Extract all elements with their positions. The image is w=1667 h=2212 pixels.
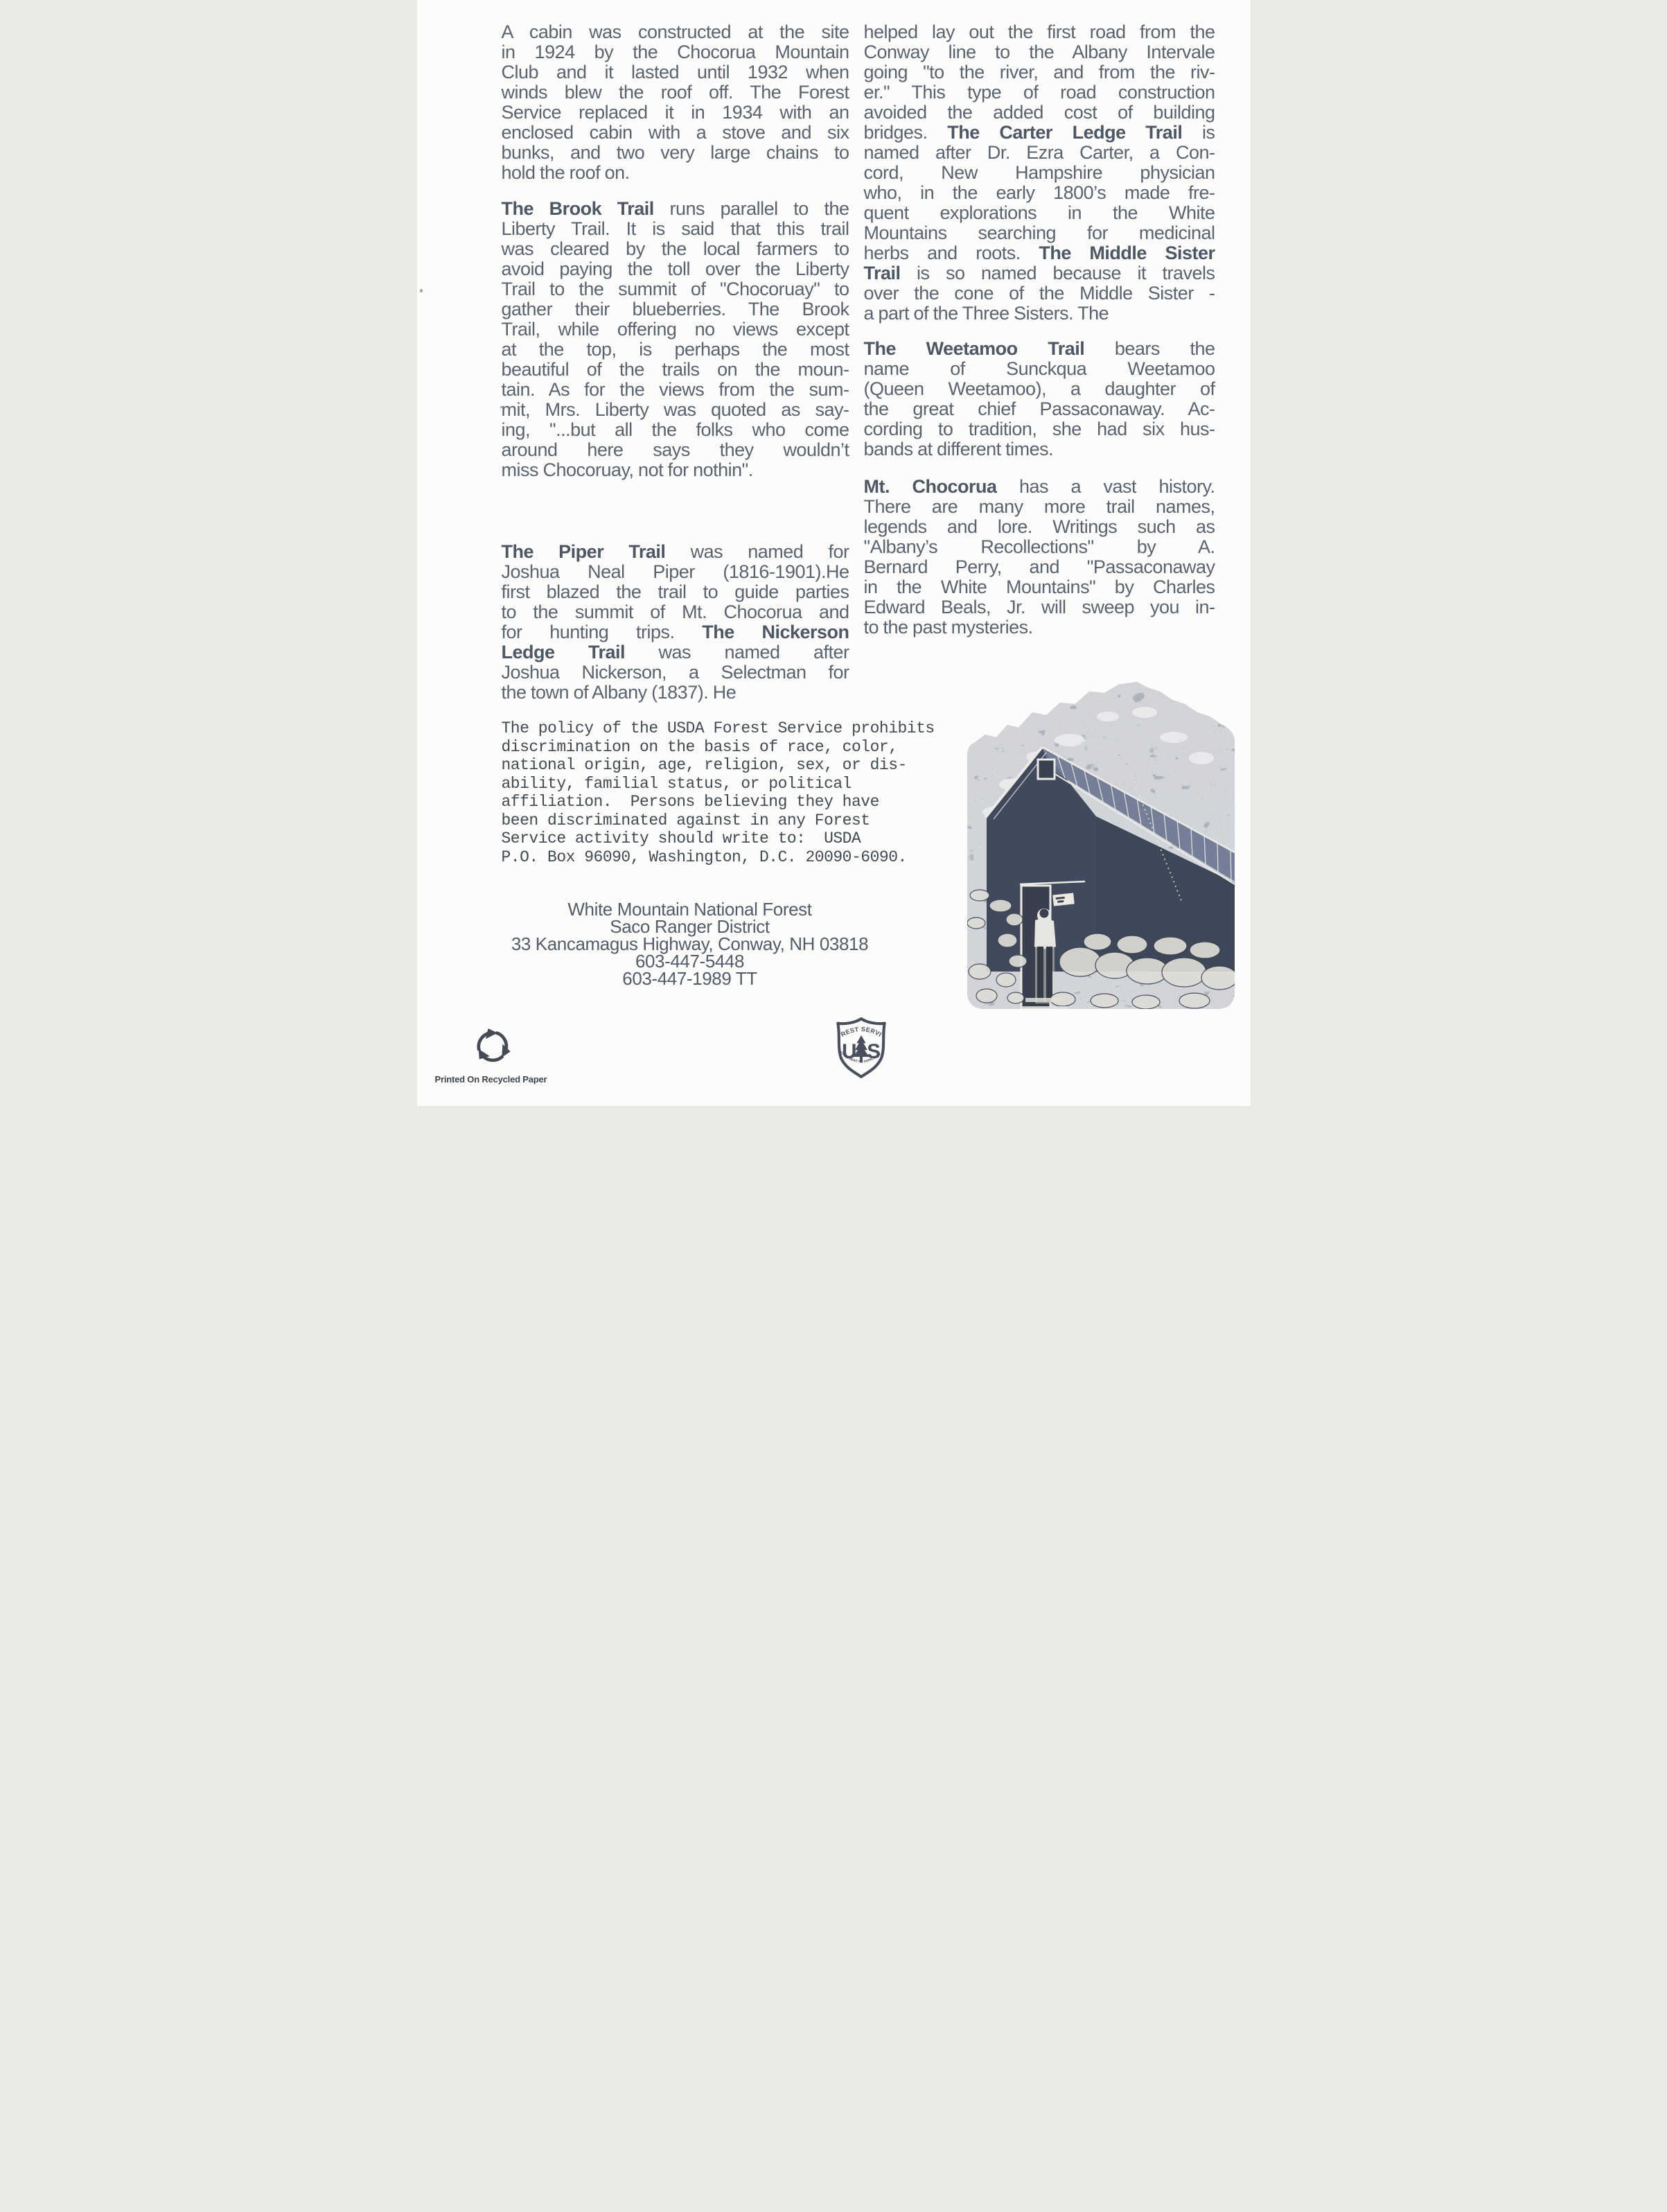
text-line: cording to tradition, she had six hus- (864, 419, 1215, 439)
text-line: was cleared by the local farmers to (502, 239, 849, 259)
text-line: The policy of the USDA Forest Service pr… (502, 719, 987, 738)
text-line: Trail is so named because it travels (864, 263, 1215, 283)
text-line: in the White Mountains" by Charles (864, 577, 1215, 597)
text-line: "Albany’s Recollections" by A. (864, 537, 1215, 557)
text-line: herbs and roots. The Middle Sister (864, 243, 1215, 263)
text-line: around here says they wouldn’t (502, 440, 849, 460)
text-line: gather their blueberries. The Brook (502, 299, 849, 319)
text-line: ability, familial status, or political (502, 775, 987, 793)
text-line: Ledge Trail was named after (502, 642, 849, 662)
text-line: over the cone of the Middle Sister - (864, 283, 1215, 304)
cabin-sign (1052, 893, 1075, 906)
text-line: been discriminated against in any Forest (502, 811, 987, 830)
text-line: first blazed the trail to guide parties (502, 582, 849, 602)
paragraph-weetamoo-trail: The Weetamoo Trail bears thename of Sunc… (864, 339, 1215, 459)
text-line: affiliation. Persons believing they have (502, 793, 987, 811)
paragraph-carter-ledge-middle-sister: helped lay out the first road from theCo… (864, 22, 1215, 324)
text-line: winds blew the roof off. The Forest (502, 82, 849, 103)
cabin-below-mt-chocorua-photo (966, 674, 1236, 1017)
address-block: White Mountain National ForestSaco Range… (459, 901, 921, 988)
text-line: a part of the Three Sisters. The (864, 304, 1215, 324)
paragraph-mt-chocorua: Mt. Chocorua has a vast history.There ar… (864, 477, 1215, 638)
text-line: avoided the added cost of building (864, 103, 1215, 123)
text-line: for hunting trips. The Nickerson (502, 622, 849, 642)
text-line: Liberty Trail. It is said that this trai… (502, 219, 849, 239)
text-line: beautiful of the trails on the moun- (502, 360, 849, 380)
text-line: tain. As for the views from the sum- (502, 380, 849, 400)
text-line: bunks, and two very large chains to (502, 143, 849, 163)
text-line: helped lay out the first road from the (864, 22, 1215, 42)
paragraph-brook-trail: The Brook Trail runs parallel to theLibe… (502, 199, 849, 480)
shield-letter-u: U (842, 1040, 856, 1063)
text-line: name of Sunckqua Weetamoo (864, 359, 1215, 379)
text-line: named after Dr. Ezra Carter, a Con- (864, 143, 1215, 163)
text-line: 603-447-1989 TT (459, 970, 921, 988)
policy-notice: The policy of the USDA Forest Service pr… (502, 719, 987, 866)
text-line: to the summit of Mt. Chocorua and (502, 602, 849, 622)
text-line: Club and it lasted until 1932 when (502, 62, 849, 82)
text-line: quent explorations in the White (864, 203, 1215, 223)
text-line: cord, New Hampshire physician (864, 163, 1215, 183)
shield-letter-s: S (867, 1040, 881, 1063)
recycle-icon (467, 1021, 518, 1071)
scanned-brochure-page: A cabin was constructed at the sitein 19… (417, 0, 1251, 1106)
text-line: discrimination on the basis of race, col… (502, 738, 987, 757)
text-line: hold the roof on. (502, 163, 849, 183)
text-line: at the top, is perhaps the most (502, 340, 849, 360)
text-line: The Weetamoo Trail bears the (864, 339, 1215, 359)
text-line: bands at different times. (864, 439, 1215, 459)
text-line: who, in the early 1800’s made fre- (864, 183, 1215, 203)
scan-speck (500, 406, 502, 408)
text-line: P.O. Box 96090, Washington, D.C. 20090-6… (502, 848, 987, 867)
hiker-figure (1034, 909, 1056, 1003)
text-line: avoid paying the toll over the Liberty (502, 259, 849, 279)
text-line: Trail to the summit of "Chocoruay" to (502, 279, 849, 299)
forest-service-shield-logo: FOREST SERVICE DEPARTMENT OF AGRICULTURE… (832, 1016, 890, 1080)
text-line: The Brook Trail runs parallel to the (502, 199, 849, 219)
text-line: enclosed cabin with a stove and six (502, 123, 849, 143)
text-line: There are many more trail names, (864, 497, 1215, 517)
text-line: miss Chocoruay, not for nothin". (502, 460, 849, 480)
text-line: Mountains searching for medicinal (864, 223, 1215, 243)
text-line: A cabin was constructed at the site (502, 22, 849, 42)
text-line: Joshua Neal Piper (1816-1901).He (502, 562, 849, 582)
cabin-window (1038, 760, 1055, 779)
paragraph-piper-trail: The Piper Trail was named forJoshua Neal… (502, 542, 849, 703)
text-line: Service activity should write to: USDA (502, 829, 987, 848)
recycled-paper-label: Printed On Recycled Paper (435, 1074, 547, 1085)
text-line: Conway line to the Albany Intervale (864, 42, 1215, 62)
text-line: Mt. Chocorua has a vast history. (864, 477, 1215, 497)
photo-illustration (966, 674, 1236, 1017)
text-line: Joshua Nickerson, a Selectman for (502, 662, 849, 683)
text-line: ing, "...but all the folks who come (502, 420, 849, 440)
text-line: Service replaced it in 1934 with an (502, 103, 849, 123)
scan-speck (420, 289, 423, 292)
text-line: Trail, while offering no views except (502, 319, 849, 340)
text-line: Edward Beals, Jr. will sweep you in- (864, 597, 1215, 617)
text-line: bridges. The Carter Ledge Trail is (864, 123, 1215, 143)
text-line: Bernard Perry, and "Passaconaway (864, 557, 1215, 577)
text-line: mit, Mrs. Liberty was quoted as say- (502, 400, 849, 420)
text-line: er." This type of road construction (864, 82, 1215, 103)
text-line: The Piper Trail was named for (502, 542, 849, 562)
text-line: (Queen Weetamoo), a daughter of (864, 379, 1215, 399)
text-line: to the past mysteries. (864, 617, 1215, 638)
text-line: legends and lore. Writings such as (864, 517, 1215, 537)
text-line: national origin, age, religion, sex, or … (502, 756, 987, 775)
text-line: going "to the river, and from the riv- (864, 62, 1215, 82)
text-line: in 1924 by the Chocorua Mountain (502, 42, 849, 62)
text-line: the great chief Passaconaway. Ac- (864, 399, 1215, 419)
text-line: the town of Albany (1837). He (502, 683, 849, 703)
paragraph-cabin-history: A cabin was constructed at the sitein 19… (502, 22, 849, 183)
